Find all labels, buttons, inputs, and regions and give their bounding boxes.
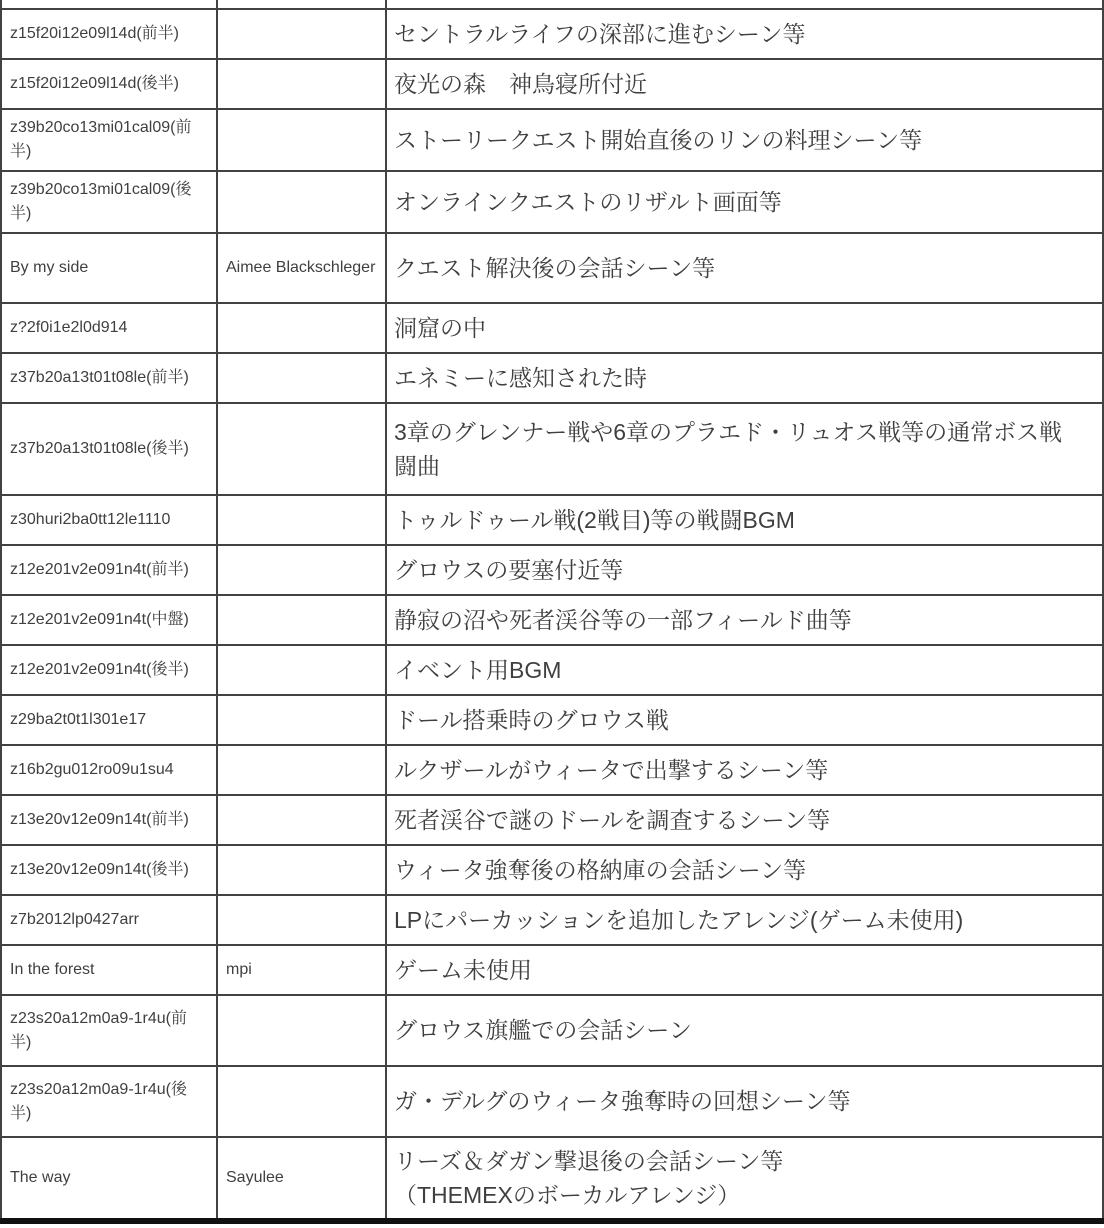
table-row: z15f20i12e09l14d(後半)夜光の森 神鳥寝所付近 — [1, 59, 1103, 109]
track-code-cell: z39b20co13mi01cal09(前半) — [1, 109, 217, 171]
track-code-cell: z12e201v2e091n4t(中盤) — [1, 595, 217, 645]
artist-cell: Aimee Blackschleger — [217, 233, 386, 303]
table-row: z23s20a12m0a9-1r4u(後半)ガ・デルグのウィータ強奪時の回想シー… — [1, 1066, 1103, 1137]
description-cell: ゲーム未使用 — [386, 945, 1103, 995]
description-cell: グロウス旗艦での会話シーン — [386, 995, 1103, 1066]
track-code-cell: z29ba2t0t1l301e17 — [1, 695, 217, 745]
description-cell: ガ・デルグのウィータ強奪時の回想シーン等 — [386, 1066, 1103, 1137]
table-row: By my sideAimee Blackschlegerクエスト解決後の会話シ… — [1, 233, 1103, 303]
artist-cell — [217, 109, 386, 171]
table-row: z13e20v12e09n14t(前半)死者渓谷で謎のドールを調査するシーン等 — [1, 795, 1103, 845]
track-code-cell: z30huri2ba0tt12le1110 — [1, 495, 217, 545]
bgm-track-table: z15f20i12e09l14d(前半)セントラルライフの深部に進むシーン等z1… — [0, 0, 1104, 1224]
description-cell: 洞窟の中 — [386, 303, 1103, 353]
description-cell: セントラルライフの深部に進むシーン等 — [386, 9, 1103, 59]
table-row: z29ba2t0t1l301e17ドール搭乗時のグロウス戦 — [1, 695, 1103, 745]
track-code-cell: z23s20a12m0a9-1r4u(後半) — [1, 1066, 217, 1137]
track-code-cell: z37b20a13t01t08le(後半) — [1, 403, 217, 495]
table-row: z39b20co13mi01cal09(前半)ストーリークエスト開始直後のリンの… — [1, 109, 1103, 171]
artist-cell — [217, 645, 386, 695]
artist-cell — [217, 353, 386, 403]
track-code-cell: z16b2gu012ro09u1su4 — [1, 745, 217, 795]
table-row: z30huri2ba0tt12le1110トゥルドゥール戦(2戦目)等の戦闘BG… — [1, 495, 1103, 545]
artist-cell — [217, 171, 386, 233]
table-body: z15f20i12e09l14d(前半)セントラルライフの深部に進むシーン等z1… — [1, 0, 1103, 1221]
artist-cell — [217, 545, 386, 595]
description-cell: 静寂の沼や死者渓谷等の一部フィールド曲等 — [386, 595, 1103, 645]
artist-cell — [217, 895, 386, 945]
track-code-cell: z15f20i12e09l14d(後半) — [1, 59, 217, 109]
description-cell: クエスト解決後の会話シーン等 — [386, 233, 1103, 303]
description-cell: ウィータ強奪後の格納庫の会話シーン等 — [386, 845, 1103, 895]
table-row: z16b2gu012ro09u1su4ルクザールがウィータで出撃するシーン等 — [1, 745, 1103, 795]
track-code-cell: z15f20i12e09l14d(前半) — [1, 9, 217, 59]
description-cell: エネミーに感知された時 — [386, 353, 1103, 403]
track-code-cell: The way — [1, 1137, 217, 1221]
artist-cell: Sayulee — [217, 1137, 386, 1221]
track-code-cell: z23s20a12m0a9-1r4u(前半) — [1, 995, 217, 1066]
artist-cell — [217, 595, 386, 645]
table-row: z12e201v2e091n4t(前半)グロウスの要塞付近等 — [1, 545, 1103, 595]
artist-cell — [217, 303, 386, 353]
table-row: The waySayuleeリーズ＆ダガン撃退後の会話シーン等 （THEMEXの… — [1, 1137, 1103, 1221]
track-code-cell — [1, 0, 217, 9]
track-code-cell: z7b2012lp0427arr — [1, 895, 217, 945]
track-code-cell: z13e20v12e09n14t(後半) — [1, 845, 217, 895]
table-row: z15f20i12e09l14d(前半)セントラルライフの深部に進むシーン等 — [1, 9, 1103, 59]
description-cell: トゥルドゥール戦(2戦目)等の戦闘BGM — [386, 495, 1103, 545]
description-cell: ストーリークエスト開始直後のリンの料理シーン等 — [386, 109, 1103, 171]
track-code-cell: z12e201v2e091n4t(後半) — [1, 645, 217, 695]
description-cell: ドール搭乗時のグロウス戦 — [386, 695, 1103, 745]
artist-cell — [217, 495, 386, 545]
table-row: z23s20a12m0a9-1r4u(前半)グロウス旗艦での会話シーン — [1, 995, 1103, 1066]
description-cell: ルクザールがウィータで出撃するシーン等 — [386, 745, 1103, 795]
track-code-cell: z12e201v2e091n4t(前半) — [1, 545, 217, 595]
description-cell: 死者渓谷で謎のドールを調査するシーン等 — [386, 795, 1103, 845]
description-cell: 3章のグレンナー戦や6章のプラエド・リュオス戦等の通常ボス戦 闘曲 — [386, 403, 1103, 495]
description-cell — [386, 0, 1103, 9]
artist-cell — [217, 995, 386, 1066]
table-row: z13e20v12e09n14t(後半)ウィータ強奪後の格納庫の会話シーン等 — [1, 845, 1103, 895]
artist-cell — [217, 403, 386, 495]
artist-cell — [217, 695, 386, 745]
artist-cell — [217, 745, 386, 795]
table-row: z37b20a13t01t08le(前半)エネミーに感知された時 — [1, 353, 1103, 403]
track-code-cell: z13e20v12e09n14t(前半) — [1, 795, 217, 845]
description-cell: オンラインクエストのリザルト画面等 — [386, 171, 1103, 233]
partial-top-row — [1, 0, 1103, 9]
artist-cell: mpi — [217, 945, 386, 995]
artist-cell — [217, 0, 386, 9]
artist-cell — [217, 1066, 386, 1137]
artist-cell — [217, 795, 386, 845]
track-code-cell: z?2f0i1e2l0d914 — [1, 303, 217, 353]
table-row: z37b20a13t01t08le(後半)3章のグレンナー戦や6章のプラエド・リ… — [1, 403, 1103, 495]
table-row: z?2f0i1e2l0d914洞窟の中 — [1, 303, 1103, 353]
artist-cell — [217, 845, 386, 895]
table-row: z7b2012lp0427arrLPにパーカッションを追加したアレンジ(ゲーム未… — [1, 895, 1103, 945]
artist-cell — [217, 9, 386, 59]
page: z15f20i12e09l14d(前半)セントラルライフの深部に進むシーン等z1… — [0, 0, 1104, 1228]
track-code-cell: z39b20co13mi01cal09(後半) — [1, 171, 217, 233]
description-cell: 夜光の森 神鳥寝所付近 — [386, 59, 1103, 109]
description-cell: イベント用BGM — [386, 645, 1103, 695]
track-code-cell: z37b20a13t01t08le(前半) — [1, 353, 217, 403]
table-row: z12e201v2e091n4t(後半)イベント用BGM — [1, 645, 1103, 695]
track-code-cell: In the forest — [1, 945, 217, 995]
description-cell: グロウスの要塞付近等 — [386, 545, 1103, 595]
table-row: In the forestmpiゲーム未使用 — [1, 945, 1103, 995]
track-code-cell: By my side — [1, 233, 217, 303]
description-cell: LPにパーカッションを追加したアレンジ(ゲーム未使用) — [386, 895, 1103, 945]
table-row: z39b20co13mi01cal09(後半)オンラインクエストのリザルト画面等 — [1, 171, 1103, 233]
artist-cell — [217, 59, 386, 109]
table-row: z12e201v2e091n4t(中盤)静寂の沼や死者渓谷等の一部フィールド曲等 — [1, 595, 1103, 645]
description-cell: リーズ＆ダガン撃退後の会話シーン等 （THEMEXのボーカルアレンジ） — [386, 1137, 1103, 1221]
